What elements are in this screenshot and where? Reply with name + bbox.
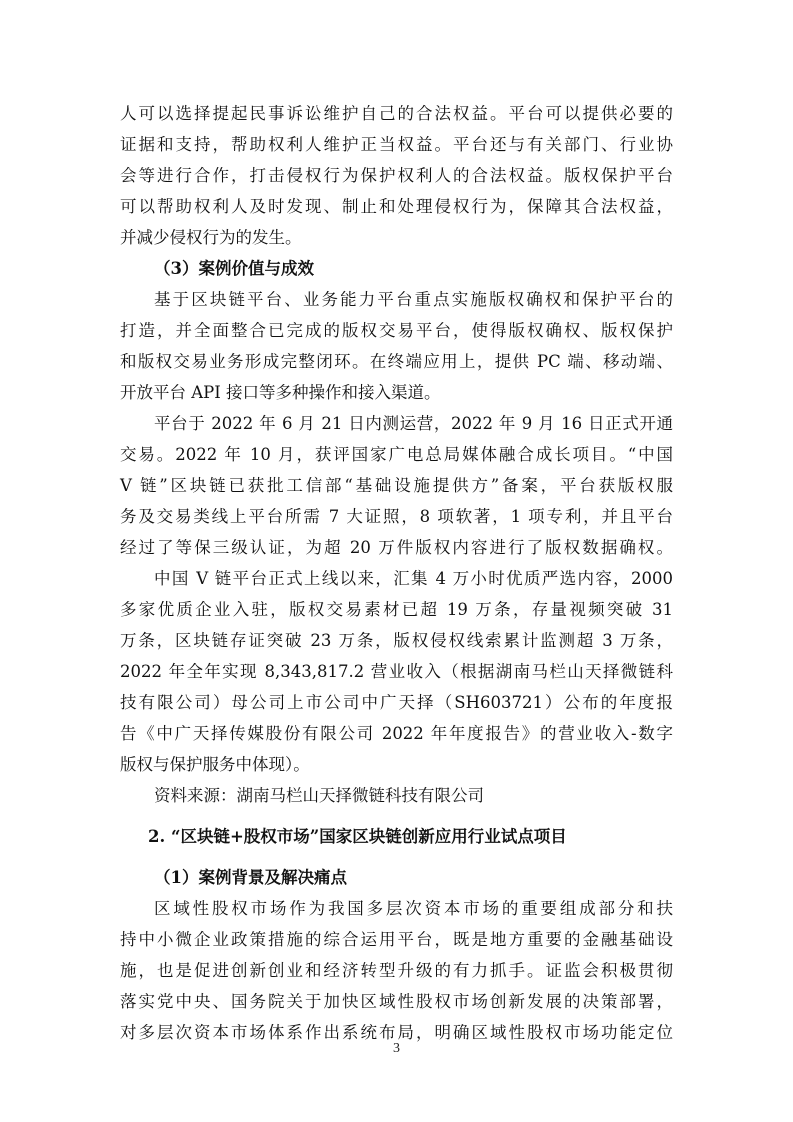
body-text-line: 平台于 2022 年 6 月 21 日内测运营，2022 年 9 月 16 日正…: [154, 414, 673, 434]
body-text-line: 多家优质企业入驻，版权交易素材已超 19 万条，存量视频突破 31: [120, 600, 673, 620]
body-text-line: 施，也是促进创新创业和经济转型升级的有力抓手。证监会积极贯彻: [120, 961, 673, 981]
body-text-line: 交易。2022 年 10 月，获评国家广电总局媒体融合成长项目。“中国: [120, 445, 673, 465]
document-page: 人可以选择提起民事诉讼维护自己的合法权益。平台可以提供必要的 证据和支持，帮助权…: [0, 0, 793, 1122]
body-text-line: 可以帮助权利人及时发现、制止和处理侵权行为，保障其合法权益，: [120, 197, 673, 217]
body-text-line: V 链”区块链已获批工信部“基础设施提供方”备案，平台获版权服: [120, 476, 673, 496]
body-text-line: 并减少侵权行为的发生。: [120, 228, 673, 248]
section-heading-case-background: （1）案例背景及解决痛点: [154, 868, 673, 888]
page-number: 3: [0, 1041, 793, 1057]
section-heading-case-value: （3）案例价值与成效: [154, 259, 673, 279]
body-text-line: 落实党中央、国务院关于加快区域性股权市场创新发展的决策部署，: [120, 992, 673, 1012]
body-text-line: 2022 年全年实现 8,343,817.2 营业收入（根据湖南马栏山天择微链科: [120, 662, 673, 682]
body-text-line: 告《中广天择传媒股份有限公司 2022 年年度报告》的营业收入-数字: [120, 724, 673, 744]
body-text-line: 中国 V 链平台正式上线以来，汇集 4 万小时优质严选内容，2000: [154, 569, 673, 589]
body-text-line: 证据和支持，帮助权利人维护正当权益。平台还与有关部门、行业协: [120, 135, 673, 155]
body-text-line: 基于区块链平台、业务能力平台重点实施版权确权和保护平台的: [154, 290, 673, 310]
source-note: 资料来源：湖南马栏山天择微链科技有限公司: [154, 786, 673, 806]
body-text-line: 区域性股权市场作为我国多层次资本市场的重要组成部分和扶: [154, 899, 673, 919]
body-text-line: 打造，并全面整合已完成的版权交易平台，使得版权确权、版权保护: [120, 321, 673, 341]
section-heading-blockchain-equity: 2. “区块链+股权市场”国家区块链创新应用行业试点项目: [148, 827, 673, 847]
body-text-line: 和版权交易业务形成完整闭环。在终端应用上，提供 PC 端、移动端、: [120, 352, 673, 372]
body-text-line: 技有限公司）母公司上市公司中广天择（SH603721）公布的年度报: [120, 693, 673, 713]
body-text-line: 人可以选择提起民事诉讼维护自己的合法权益。平台可以提供必要的: [120, 104, 673, 124]
body-text-line: 对多层次资本市场体系作出系统布局，明确区域性股权市场功能定位: [120, 1023, 673, 1043]
body-text-line: 版权与保护服务中体现）。: [120, 755, 673, 775]
body-text-line: 会等进行合作，打击侵权行为保护权利人的合法权益。版权保护平台: [120, 166, 673, 186]
body-text-line: 万条，区块链存证突破 23 万条，版权侵权线索累计监测超 3 万条，: [120, 631, 673, 651]
body-text-line: 开放平台 API 接口等多种操作和接入渠道。: [120, 383, 673, 403]
body-text-line: 务及交易类线上平台所需 7 大证照，8 项软著，1 项专利，并且平台: [120, 507, 673, 527]
body-text-line: 经过了等保三级认证，为超 20 万件版权内容进行了版权数据确权。: [120, 538, 673, 558]
body-text-line: 持中小微企业政策措施的综合运用平台，既是地方重要的金融基础设: [120, 930, 673, 950]
